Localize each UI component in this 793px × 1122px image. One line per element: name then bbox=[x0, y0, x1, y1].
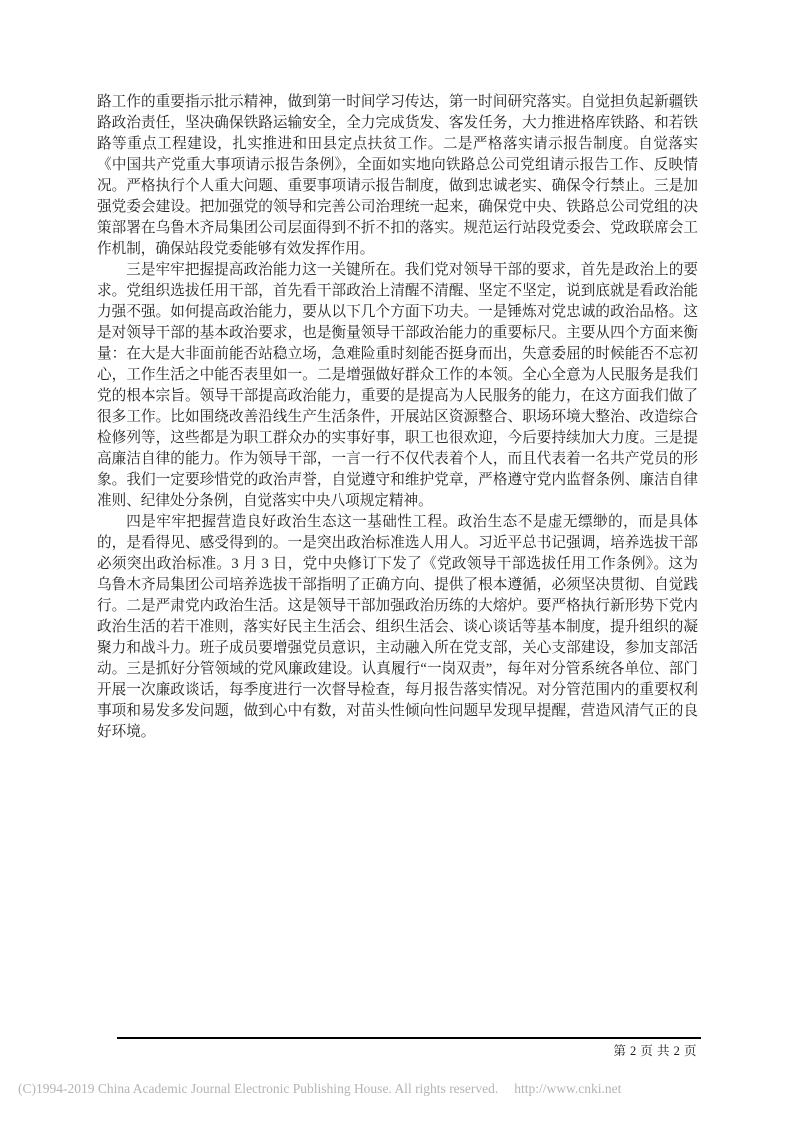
paragraph: 路工作的重要指示批示精神，做到第一时间学习传达，第一时间研究落实。自觉担负起新疆… bbox=[97, 92, 698, 260]
cnki-copyright-watermark: (C)1994-2019 China Academic Journal Elec… bbox=[18, 1081, 621, 1097]
cnki-url: http://www.cnki.net bbox=[514, 1081, 621, 1096]
document-page: 路工作的重要指示批示精神，做到第一时间学习传达，第一时间研究落实。自觉担负起新疆… bbox=[0, 0, 793, 1122]
footer-divider bbox=[117, 1037, 701, 1039]
document-body: 路工作的重要指示批示精神，做到第一时间学习传达，第一时间研究落实。自觉担负起新疆… bbox=[97, 92, 698, 743]
page-number-indicator: 第 2 页 共 2 页 bbox=[613, 1041, 697, 1059]
paragraph: 四是牢牢把握营造良好政治生态这一基础性工程。政治生态不是虚无缥缈的，而是具体的，… bbox=[97, 512, 698, 743]
copyright-text: (C)1994-2019 China Academic Journal Elec… bbox=[18, 1081, 498, 1096]
paragraph: 三是牢牢把握提高政治能力这一关键所在。我们党对领导干部的要求，首先是政治上的要求… bbox=[97, 260, 698, 512]
